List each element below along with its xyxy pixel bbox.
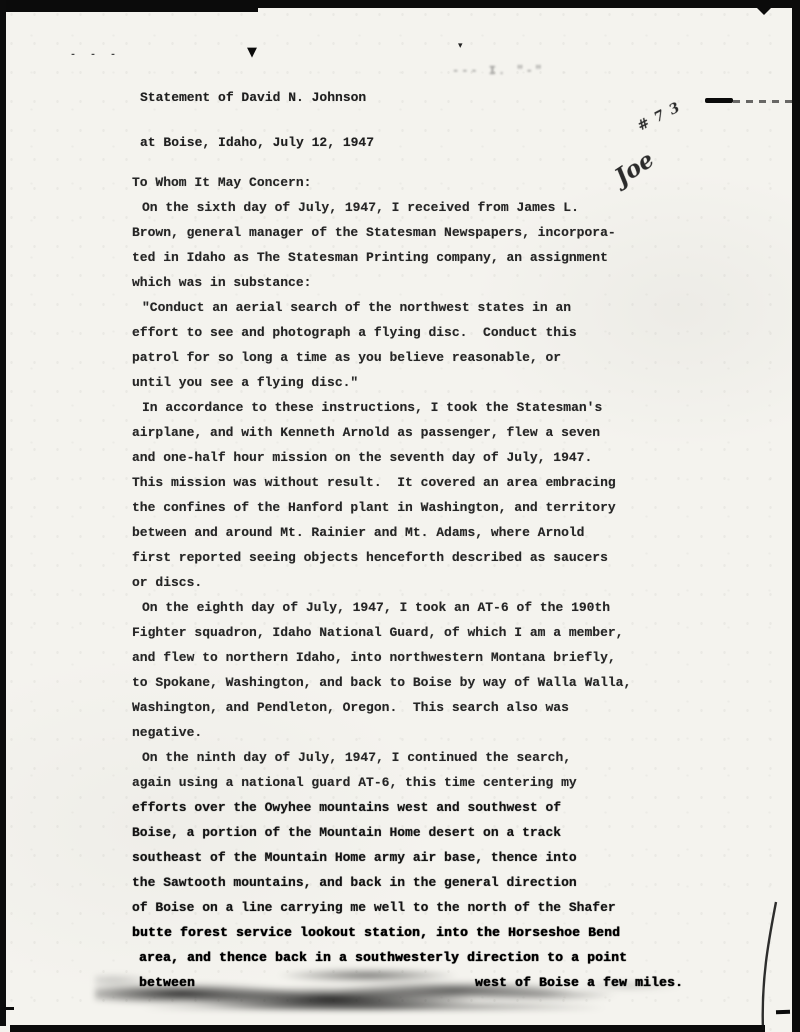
document-line: which was in substance: — [132, 270, 732, 295]
document-line: "Conduct an aerial search of the northwe… — [132, 295, 732, 320]
document-line: again using a national guard AT-6, this … — [132, 770, 732, 795]
document-line: This mission was without result. It cove… — [132, 470, 732, 495]
pen-stroke — [752, 898, 792, 1032]
document-line: until you see a flying disc." — [132, 370, 732, 395]
scan-border-top-left — [0, 0, 258, 12]
header-line-1: Statement of David N. Johnson — [140, 90, 374, 105]
scanned-page: - - - ▼ ▾ --- I. "-" Statement of David … — [0, 0, 800, 1032]
document-line: of Boise on a line carrying me well to t… — [132, 895, 732, 920]
document-line: southeast of the Mountain Home army air … — [132, 845, 732, 870]
document-body: To Whom It May Concern:On the sixth day … — [132, 170, 732, 995]
document-line: the Sawtooth mountains, and back in the … — [132, 870, 732, 895]
document-line: efforts over the Owyhee mountains west a… — [132, 795, 732, 820]
document-line: negative. — [132, 720, 732, 745]
document-line: the confines of the Hanford plant in Was… — [132, 495, 732, 520]
document-line: effort to see and photograph a flying di… — [132, 320, 732, 345]
document-line: airplane, and with Kenneth Arnold as pas… — [132, 420, 732, 445]
document-line: Fighter squadron, Idaho National Guard, … — [132, 620, 732, 645]
scan-notch-icon — [757, 8, 771, 15]
margin-dots: - - - — [70, 50, 120, 61]
scan-border-bottom — [10, 1025, 765, 1032]
document-header: Statement of David N. Johnson at Boise, … — [140, 60, 374, 180]
document-line: On the ninth day of July, 1947, I contin… — [132, 745, 732, 770]
document-line: first reported seeing objects henceforth… — [132, 545, 732, 570]
document-line: patrol for so long a time as you believe… — [132, 345, 732, 370]
document-line: butte forest service lookout station, in… — [132, 920, 732, 945]
obscured-text-gap — [203, 976, 475, 989]
document-line: between west of Boise a few miles. — [139, 970, 732, 995]
document-line: On the eighth day of July, 1947, I took … — [132, 595, 732, 620]
salutation-line: To Whom It May Concern: — [132, 170, 732, 195]
document-line: Washington, and Pendleton, Oregon. This … — [132, 695, 732, 720]
scan-border-right — [792, 0, 800, 1032]
fold-line-dashes — [733, 100, 800, 103]
document-line: or discs. — [132, 570, 732, 595]
fold-line-solid — [705, 98, 733, 103]
triangle-mark-icon: ▼ — [247, 45, 257, 60]
document-line: and one-half hour mission on the seventh… — [132, 445, 732, 470]
document-line: between and around Mt. Rainier and Mt. A… — [132, 520, 732, 545]
handwritten-number: #73 — [635, 97, 689, 135]
document-line: Brown, general manager of the Statesman … — [132, 220, 732, 245]
document-line-fragment: west of Boise a few miles. — [475, 975, 683, 990]
document-line: In accordance to these instructions, I t… — [132, 395, 732, 420]
document-line: ted in Idaho as The Statesman Printing c… — [132, 245, 732, 270]
scan-left-tick — [4, 1007, 14, 1010]
document-line: Boise, a portion of the Mountain Home de… — [132, 820, 732, 845]
header-line-2: at Boise, Idaho, July 12, 1947 — [140, 135, 374, 150]
document-line: and flew to northern Idaho, into northwe… — [132, 645, 732, 670]
faded-stamp: --- I. "-" — [452, 64, 544, 78]
scan-border-left — [0, 0, 6, 1026]
document-line-fragment: between — [139, 975, 203, 990]
small-triangle-mark-icon: ▾ — [458, 41, 463, 51]
document-line: to Spokane, Washington, and back to Bois… — [132, 670, 732, 695]
document-line: On the sixth day of July, 1947, I receiv… — [132, 195, 732, 220]
document-line: area, and thence back in a southwesterly… — [139, 945, 732, 970]
